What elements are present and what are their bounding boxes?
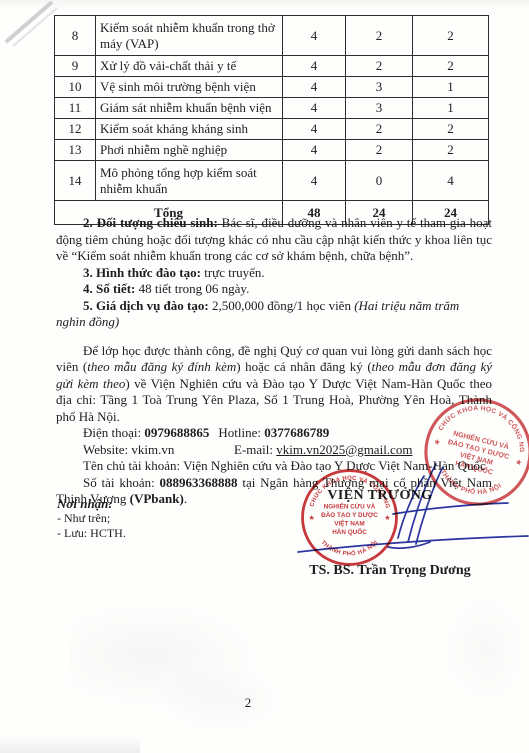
cell-row-number: 12 [55, 119, 96, 140]
item-label: 5. Giá dịch vụ đào tạo: [83, 298, 209, 313]
cell-total-periods: 4 [283, 161, 346, 201]
cell-topic: Phơi nhiễm nghề nghiệp [96, 140, 283, 161]
cell-topic: Vệ sinh môi trường bệnh viện [96, 77, 283, 98]
cell-theory: 0 [346, 161, 413, 201]
cell-row-number: 11 [55, 98, 96, 119]
cell-topic: Kiểm soát kháng kháng sinh [96, 119, 283, 140]
hotline-label: Hotline: [218, 425, 264, 440]
paragraph-training-format: 3. Hình thức đào tạo: trực truyến. [56, 265, 492, 282]
website-label: Website: [83, 442, 131, 457]
handwritten-signature [270, 450, 529, 575]
phone-label: Điện thoại: [83, 425, 144, 440]
cell-theory: 3 [346, 77, 413, 98]
cell-total-periods: 4 [283, 16, 346, 56]
scan-blotch [440, 590, 529, 710]
cell-topic: Mô phỏng tổng hợp kiểm soát nhiễm khuẩn [96, 161, 283, 201]
cell-theory: 2 [346, 119, 413, 140]
cell-practice: 1 [413, 77, 489, 98]
cell-topic: Kiểm soát nhiễm khuẩn trong thở máy (VAP… [96, 16, 283, 56]
phone-number: 0979688865 [144, 425, 209, 440]
item-text: 2,500,000 đồng/1 học viên [209, 298, 355, 313]
table-row: 14 Mô phỏng tổng hợp kiểm soát nhiễm khu… [55, 161, 489, 201]
cell-practice: 2 [413, 16, 489, 56]
intro-italic: theo mẫu đăng ký đính kèm [87, 359, 236, 374]
cell-theory: 2 [346, 140, 413, 161]
account-number: 088963368888 [160, 475, 238, 490]
paragraph-fee: 5. Giá dịch vụ đào tạo: 2,500,000 đồng/1… [56, 298, 492, 331]
document-page: 8 Kiểm soát nhiễm khuẩn trong thở máy (V… [0, 0, 529, 753]
recipient-item: - Lưu: HCTH. [57, 526, 126, 541]
cell-total-periods: 4 [283, 77, 346, 98]
cell-total-periods: 4 [283, 140, 346, 161]
cell-practice: 2 [413, 119, 489, 140]
cell-row-number: 10 [55, 77, 96, 98]
item-text: trực truyến. [201, 265, 265, 280]
item-label: 3. Hình thức đào tạo: [83, 265, 201, 280]
website-segment: Website: vkim.vn [83, 442, 234, 459]
bank-name: (VPbank) [130, 491, 184, 506]
cell-row-number: 8 [55, 16, 96, 56]
cell-theory: 2 [346, 56, 413, 77]
recipient-item: - Như trên; [57, 511, 126, 526]
cell-practice: 1 [413, 98, 489, 119]
scan-blotch [150, 665, 290, 735]
recipients-label: Nơi nhận: [57, 496, 126, 511]
period: . [184, 491, 187, 506]
paragraph-number-of-periods: 4. Số tiết: 48 tiết trong 06 ngày. [56, 281, 492, 298]
cell-practice: 2 [413, 56, 489, 77]
scan-blotch [0, 735, 140, 753]
cell-row-number: 14 [55, 161, 96, 201]
item-text: 48 tiết trong 06 ngày. [135, 281, 249, 296]
table-row: 8 Kiểm soát nhiễm khuẩn trong thở máy (V… [55, 16, 489, 56]
cell-topic: Giám sát nhiễm khuẩn bệnh viện [96, 98, 283, 119]
scan-blotch [70, 600, 270, 710]
recipients-block: Nơi nhận: - Như trên; - Lưu: HCTH. [57, 496, 126, 541]
account-name-label: Tên chủ tài khoản: [83, 458, 183, 473]
cell-practice: 4 [413, 161, 489, 201]
cell-total-periods: 4 [283, 56, 346, 77]
website-url: vkim.vn [131, 442, 174, 457]
table-row: 11 Giám sát nhiễm khuẩn bệnh viện 4 3 1 [55, 98, 489, 119]
table-row: 9 Xử lý đồ vải-chất thải y tế 4 2 2 [55, 56, 489, 77]
hotline-number: 0377686789 [264, 425, 329, 440]
table-row: 12 Kiểm soát kháng kháng sinh 4 2 2 [55, 119, 489, 140]
account-number-label: Số tài khoản: [83, 475, 160, 490]
paragraph-registration: Để lớp học được thành công, đề nghị Quý … [56, 343, 492, 426]
cell-row-number: 9 [55, 56, 96, 77]
table-row: 10 Vệ sinh môi trường bệnh viện 4 3 1 [55, 77, 489, 98]
stamp-star-left: ★ [433, 437, 442, 447]
cell-topic: Xử lý đồ vải-chất thải y tế [96, 56, 283, 77]
table-row: 13 Phơi nhiễm nghề nghiệp 4 2 2 [55, 140, 489, 161]
cell-row-number: 13 [55, 140, 96, 161]
page-number: 2 [238, 695, 258, 711]
item-label: 2. Đối tượng chiêu sinh: [83, 215, 218, 230]
cell-theory: 2 [346, 16, 413, 56]
paragraph-target-audience: 2. Đối tượng chiêu sinh: Bác sĩ, điều dư… [56, 215, 492, 265]
item-label: 4. Số tiết: [83, 281, 135, 296]
intro-text: ) hoặc cá nhân đăng ký ( [236, 359, 371, 374]
cell-total-periods: 4 [283, 119, 346, 140]
cell-practice: 2 [413, 140, 489, 161]
scan-blotch [0, 0, 529, 10]
cell-total-periods: 4 [283, 98, 346, 119]
curriculum-table: 8 Kiểm soát nhiễm khuẩn trong thở máy (V… [54, 15, 489, 225]
cell-theory: 3 [346, 98, 413, 119]
